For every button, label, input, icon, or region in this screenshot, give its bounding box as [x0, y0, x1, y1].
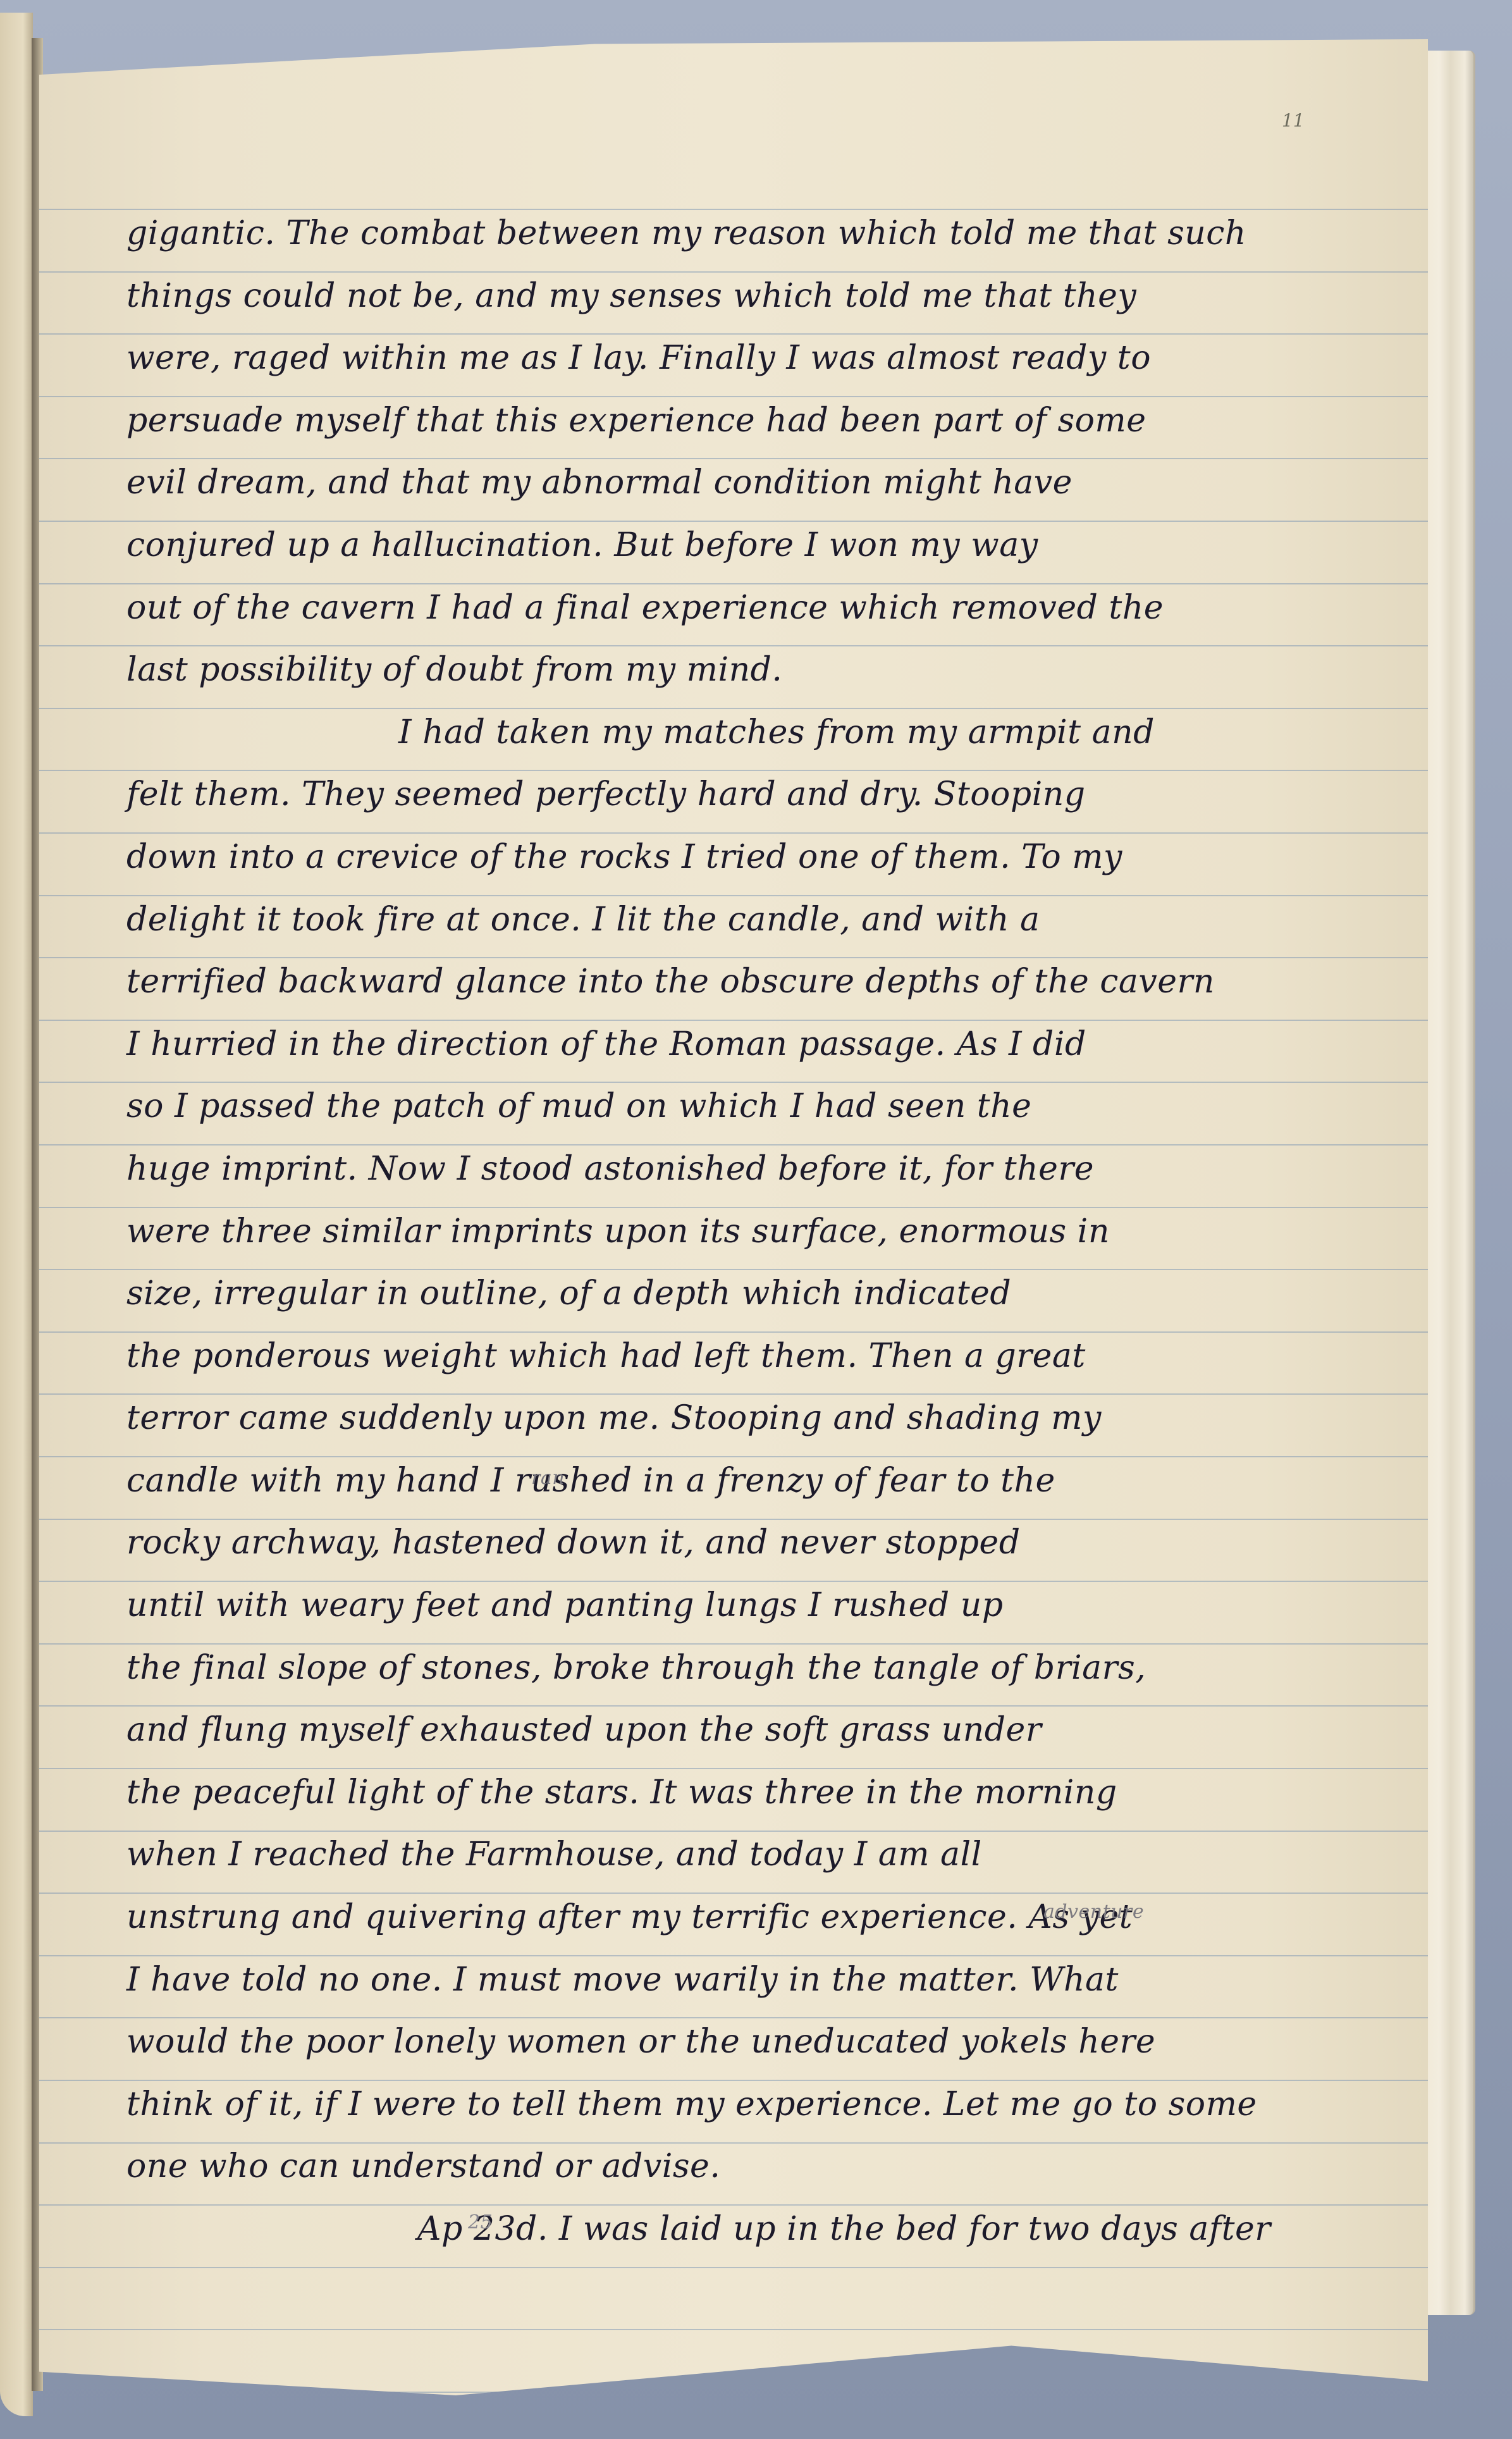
text-line: the final slope of stones, broke through…: [126, 1637, 1379, 1700]
text-line-annotated: unstrung and quivering after my terrific…: [126, 1886, 1379, 1949]
facing-page-edge: [0, 13, 33, 2416]
rule-line: [39, 2267, 1428, 2268]
text-line: the peaceful light of the stars. It was …: [126, 1762, 1379, 1824]
text-line: until with weary feet and panting lungs …: [126, 1574, 1379, 1637]
text-line-content: unstrung and quivering after my terrific…: [126, 1898, 1133, 1936]
text-line: the ponderous weight which had left them…: [126, 1325, 1379, 1388]
text-line: were three similar imprints upon its sur…: [126, 1201, 1379, 1263]
text-line: think of it, if I were to tell them my e…: [126, 2073, 1379, 2136]
handwritten-text-block: gigantic. The combat between my reason w…: [126, 202, 1379, 2261]
text-line-annotated: candle with my hand I rushed in a frenzy…: [126, 1450, 1379, 1512]
text-line: last possibility of doubt from my mind.: [126, 639, 1379, 701]
text-line: terrified backward glance into the obscu…: [126, 951, 1379, 1013]
dated-entry-line: Ap 23d. 25 I was laid up in the bed for …: [126, 2198, 1379, 2261]
text-line: terror came suddenly upon me. Stooping a…: [126, 1387, 1379, 1450]
text-line: were, raged within me as I lay. Finally …: [126, 327, 1379, 390]
pencil-annotation-ran: ran: [531, 1447, 565, 1509]
text-line: I hurried in the direction of the Roman …: [126, 1013, 1379, 1076]
text-line: things could not be, and my senses which…: [126, 265, 1379, 328]
text-line: out of the cavern I had a final experien…: [126, 577, 1379, 639]
text-line: evil dream, and that my abnormal conditi…: [126, 452, 1379, 514]
paragraph-start-line: I had taken my matches from my armpit an…: [126, 701, 1379, 764]
text-line: persuade myself that this experience had…: [126, 390, 1379, 452]
text-line-content: candle with my hand I rushed in a frenzy…: [126, 1462, 1055, 1500]
text-line: rocky archway, hastened down it, and nev…: [126, 1512, 1379, 1574]
text-line: conjured up a hallucination. But before …: [126, 514, 1379, 577]
text-line: so I passed the patch of mud on which I …: [126, 1075, 1379, 1138]
text-line: when I reached the Farmhouse, and today …: [126, 1824, 1379, 1886]
pencil-annotation-adventure: adventure: [1043, 1881, 1144, 1943]
text-line: gigantic. The combat between my reason w…: [126, 202, 1379, 265]
pencil-date-correction: 25: [468, 2192, 493, 2254]
text-line: one who can understand or advise.: [126, 2135, 1379, 2198]
text-line: delight it took fire at once. I lit the …: [126, 889, 1379, 951]
text-line: and flung myself exhausted upon the soft…: [126, 1699, 1379, 1762]
text-line: huge imprint. Now I stood astonished bef…: [126, 1138, 1379, 1201]
text-line: size, irregular in outline, of a depth w…: [126, 1263, 1379, 1325]
page-number-mark: 11: [1282, 110, 1305, 131]
text-line: felt them. They seemed perfectly hard an…: [126, 763, 1379, 826]
entry-text: I was laid up in the bed for two days af…: [559, 2210, 1271, 2248]
text-line: down into a crevice of the rocks I tried…: [126, 826, 1379, 889]
text-line: would the poor lonely women or the unedu…: [126, 2011, 1379, 2073]
rule-line: [39, 2329, 1428, 2330]
text-line: I have told no one. I must move warily i…: [126, 1949, 1379, 2011]
